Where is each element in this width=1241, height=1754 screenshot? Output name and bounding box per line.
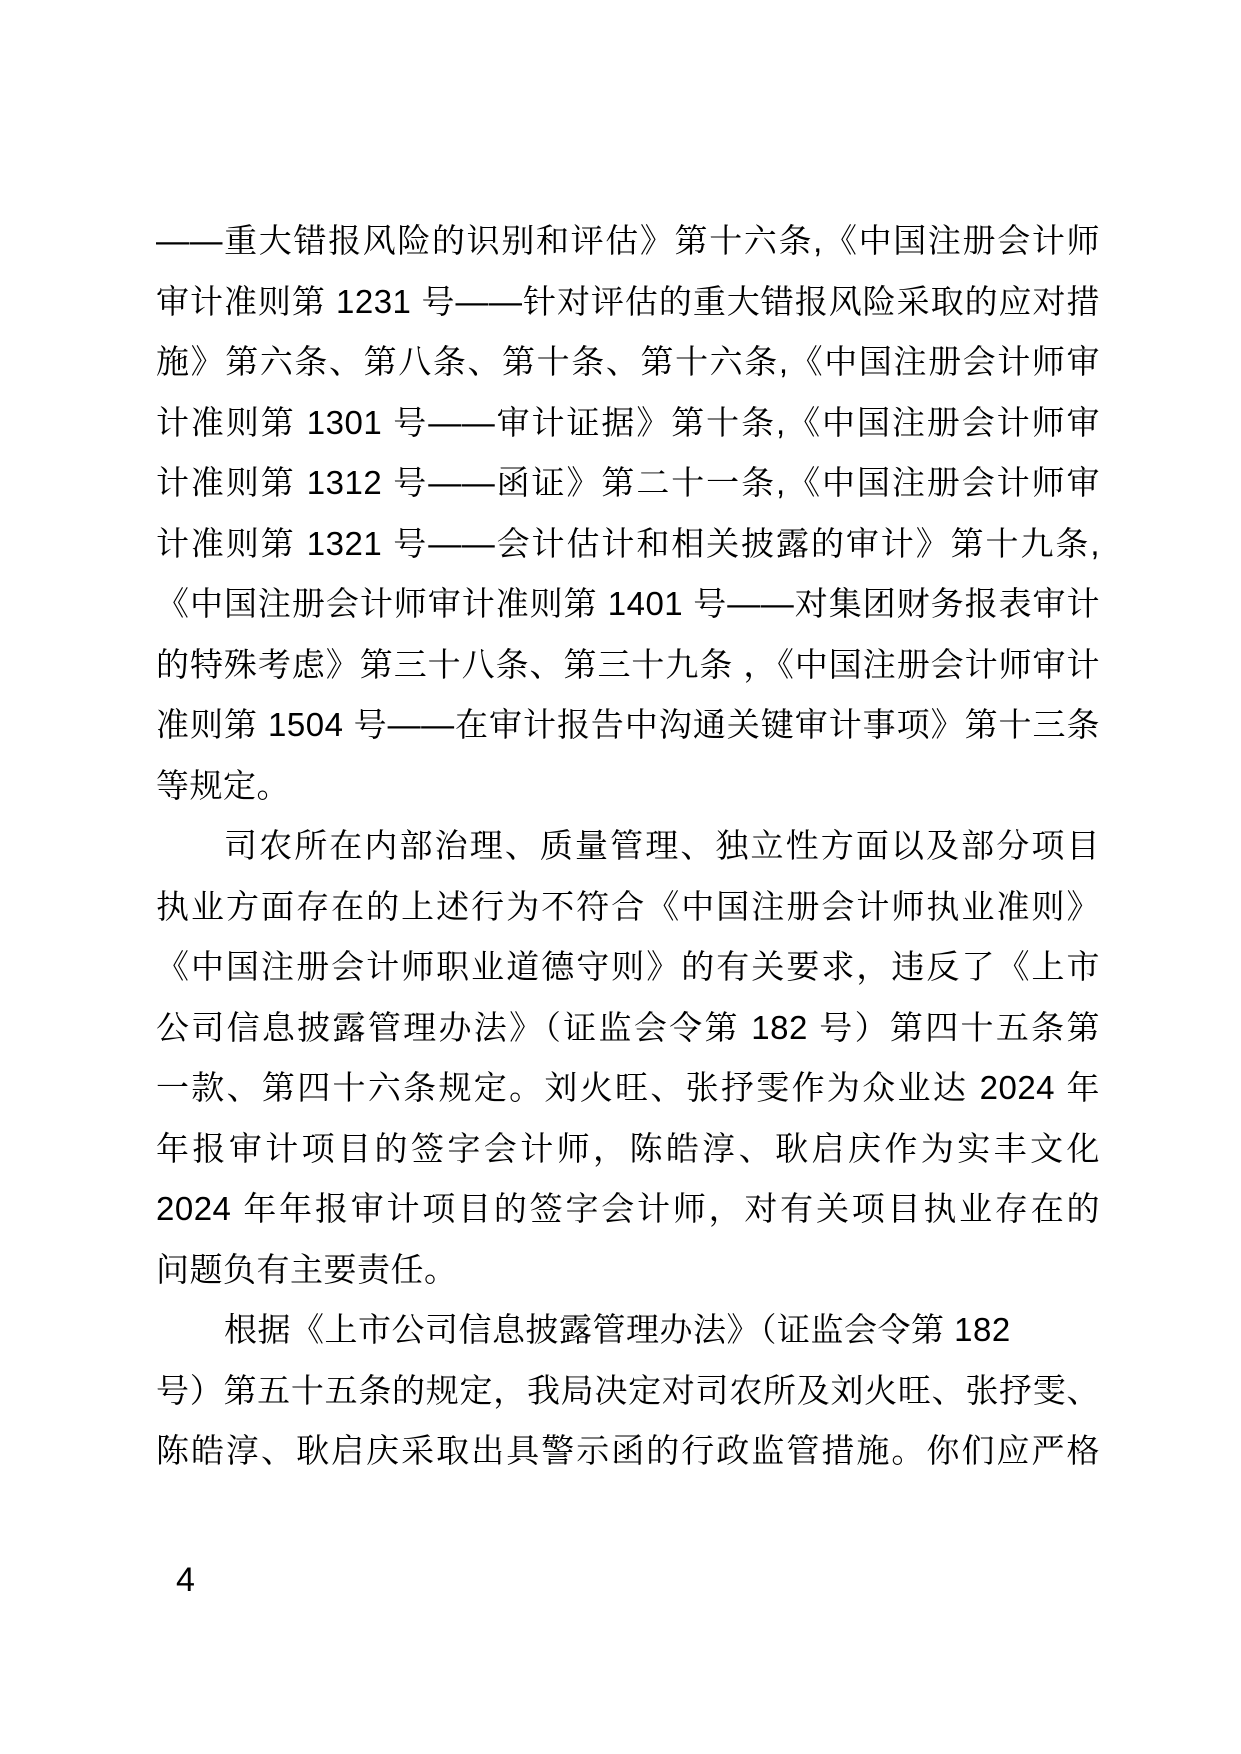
text-line: 问题负有主要责任。	[156, 1240, 1100, 1301]
text-line: 陈皓淳、耿启庆采取出具警示函的行政监管措施。你们应严格	[156, 1421, 1100, 1482]
text-line: 审计准则第 1231 号——针对评估的重大错报风险采取的应对措	[156, 272, 1100, 333]
page-number: 4	[176, 1560, 195, 1600]
text-line: 公司信息披露管理办法》（证监会令第 182 号）第四十五条第	[156, 998, 1100, 1059]
text-line: 一款、第四十六条规定。刘火旺、张抒雯作为众业达 2024 年	[156, 1058, 1100, 1119]
text-line: 施》第六条、第八条、第十条、第十六条,《中国注册会计师审	[156, 332, 1100, 393]
text-line: 年报审计项目的签字会计师，陈皓淳、耿启庆作为实丰文化	[156, 1119, 1100, 1180]
text-line: 计准则第 1301 号——审计证据》第十条,《中国注册会计师审	[156, 393, 1100, 454]
text-line: 计准则第 1321 号——会计估计和相关披露的审计》第十九条,	[156, 514, 1100, 575]
text-line: 准则第 1504 号——在审计报告中沟通关键审计事项》第十三条	[156, 695, 1100, 756]
text-line: 计准则第 1312 号——函证》第二十一条,《中国注册会计师审	[156, 453, 1100, 514]
text-line: 的特殊考虑》第三十八条、第三十九条 ，《中国注册会计师审计	[156, 635, 1100, 696]
text-line: 根据《上市公司信息披露管理办法》（证监会令第 182	[156, 1300, 1100, 1361]
text-line: 《中国注册会计师职业道德守则》的有关要求，违反了《上市	[156, 937, 1100, 998]
text-line: 2024 年年报审计项目的签字会计师，对有关项目执业存在的	[156, 1179, 1100, 1240]
text-line: 等规定。	[156, 756, 1100, 817]
text-line: 号）第五十五条的规定，我局决定对司农所及刘火旺、张抒雯、	[156, 1361, 1100, 1422]
text-line: 执业方面存在的上述行为不符合《中国注册会计师执业准则》	[156, 877, 1100, 938]
text-line: ——重大错报风险的识别和评估》第十六条,《中国注册会计师	[156, 211, 1100, 272]
text-line: 司农所在内部治理、质量管理、独立性方面以及部分项目	[156, 816, 1100, 877]
text-line: 《中国注册会计师审计准则第 1401 号——对集团财务报表审计	[156, 574, 1100, 635]
document-page: ——重大错报风险的识别和评估》第十六条,《中国注册会计师审计准则第 1231 号…	[0, 0, 1241, 1754]
document-body: ——重大错报风险的识别和评估》第十六条,《中国注册会计师审计准则第 1231 号…	[156, 211, 1100, 1482]
